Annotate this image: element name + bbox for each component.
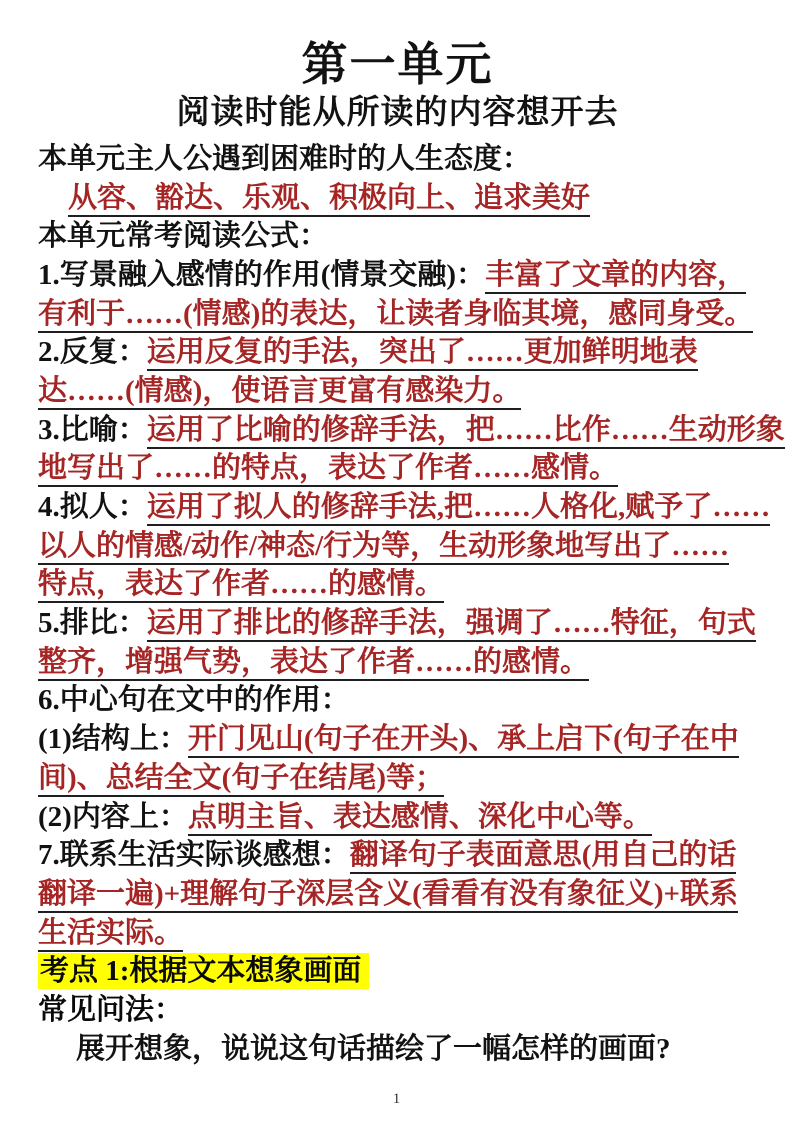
text-line: 7.联系生活实际谈感想：翻译句子表面意思(用自己的话 bbox=[38, 836, 757, 875]
formula-label: 4.拟人： bbox=[38, 491, 147, 523]
answer-text: 整齐，增强气势，表达了作者……的感情。 bbox=[38, 646, 589, 681]
answer-text: 丰富了文章的内容， bbox=[485, 259, 746, 294]
text-line: 本单元主人公遇到困难时的人生态度： bbox=[38, 140, 757, 179]
text-line: 以人的情感/动作/神态/行为等，生动形象地写出了…… bbox=[38, 527, 757, 566]
formula-label: 本单元常考阅读公式： bbox=[38, 220, 328, 252]
formula-label: 1.写景融入感情的作用(情景交融)： bbox=[38, 259, 485, 291]
content-lines: 本单元主人公遇到困难时的人生态度：从容、豁达、乐观、积极向上、追求美好本单元常考… bbox=[38, 140, 757, 1069]
answer-text: 运用了比喻的修辞手法，把……比作……生动形象 bbox=[147, 414, 785, 449]
formula-label: (1)结构上： bbox=[38, 723, 188, 755]
text-line: 3.比喻：运用了比喻的修辞手法，把……比作……生动形象 bbox=[38, 411, 757, 450]
text-line: (2)内容上：点明主旨、表达感情、深化中心等。 bbox=[38, 798, 757, 837]
text-line: 生活实际。 bbox=[38, 914, 757, 953]
answer-text: 以人的情感/动作/神态/行为等，生动形象地写出了…… bbox=[38, 530, 729, 565]
document-body: 第一单元 阅读时能从所读的内容想开去 本单元主人公遇到困难时的人生态度：从容、豁… bbox=[38, 40, 757, 1068]
text-line: 间)、总结全文(句子在结尾)等； bbox=[38, 759, 757, 798]
text-line: 1.写景融入感情的作用(情景交融)：丰富了文章的内容， bbox=[38, 256, 757, 295]
answer-text: 点明主旨、表达感情、深化中心等。 bbox=[188, 801, 652, 836]
text-line: (1)结构上：开门见山(句子在开头)、承上启下(句子在中 bbox=[38, 720, 757, 759]
formula-label: 7.联系生活实际谈感想： bbox=[38, 839, 350, 871]
answer-text: 开门见山(句子在开头)、承上启下(句子在中 bbox=[188, 723, 739, 758]
text-line: 从容、豁达、乐观、积极向上、追求美好 bbox=[38, 179, 757, 218]
document-page: { "header": { "title": "第一单元", "subtitle… bbox=[0, 0, 793, 1122]
text-line: 考点 1:根据文本想象画面 bbox=[38, 952, 757, 991]
answer-text: 特点，表达了作者……的感情。 bbox=[38, 568, 444, 603]
answer-text: 间)、总结全文(句子在结尾)等； bbox=[38, 762, 444, 797]
text-line: 达……(情感)，使语言更富有感染力。 bbox=[38, 372, 757, 411]
formula-label: (2)内容上： bbox=[38, 801, 188, 833]
text-line: 有利于……(情感)的表达，让读者身临其境，感同身受。 bbox=[38, 295, 757, 334]
text-line: 2.反复：运用反复的手法，突出了……更加鲜明地表 bbox=[38, 333, 757, 372]
formula-label: 展开想象，说说这句话描绘了一幅怎样的画面? bbox=[76, 1033, 671, 1065]
text-line: 翻译一遍)+理解句子深层含义(看看有没有象征义)+联系 bbox=[38, 875, 757, 914]
answer-text: 有利于……(情感)的表达，让读者身临其境，感同身受。 bbox=[38, 298, 753, 333]
page-number: 1 bbox=[0, 1091, 793, 1108]
text-line: 6.中心句在文中的作用： bbox=[38, 681, 757, 720]
formula-label: 3.比喻： bbox=[38, 414, 147, 446]
answer-text: 翻译一遍)+理解句子深层含义(看看有没有象征义)+联系 bbox=[38, 878, 738, 913]
answer-text: 地写出了……的特点，表达了作者……感情。 bbox=[38, 452, 618, 487]
text-line: 5.排比：运用了排比的修辞手法，强调了……特征，句式 bbox=[38, 604, 757, 643]
answer-text: 运用了拟人的修辞手法,把……人格化,赋予了…… bbox=[147, 491, 771, 526]
text-line: 展开想象，说说这句话描绘了一幅怎样的画面? bbox=[38, 1030, 757, 1069]
exam-point-highlight: 考点 1:根据文本想象画面 bbox=[38, 953, 369, 989]
answer-text: 运用反复的手法，突出了……更加鲜明地表 bbox=[147, 336, 698, 371]
page-subtitle: 阅读时能从所读的内容想开去 bbox=[38, 93, 757, 134]
text-line: 4.拟人：运用了拟人的修辞手法,把……人格化,赋予了…… bbox=[38, 488, 757, 527]
formula-label: 6.中心句在文中的作用： bbox=[38, 684, 350, 716]
text-line: 整齐，增强气势，表达了作者……的感情。 bbox=[38, 643, 757, 682]
text-line: 常见问法： bbox=[38, 991, 757, 1030]
formula-label: 2.反复： bbox=[38, 336, 147, 368]
text-line: 地写出了……的特点，表达了作者……感情。 bbox=[38, 449, 757, 488]
formula-label: 5.排比： bbox=[38, 607, 147, 639]
answer-text: 达……(情感)，使语言更富有感染力。 bbox=[38, 375, 521, 410]
text-line: 本单元常考阅读公式： bbox=[38, 217, 757, 256]
answer-text: 翻译句子表面意思(用自己的话 bbox=[350, 839, 737, 874]
formula-label: 本单元主人公遇到困难时的人生态度： bbox=[38, 143, 531, 175]
answer-text: 运用了排比的修辞手法，强调了……特征，句式 bbox=[147, 607, 756, 642]
heading-text: 常见问法： bbox=[38, 994, 183, 1026]
text-line: 特点，表达了作者……的感情。 bbox=[38, 565, 757, 604]
answer-text: 从容、豁达、乐观、积极向上、追求美好 bbox=[68, 182, 590, 217]
page-title: 第一单元 bbox=[38, 40, 757, 91]
answer-text: 生活实际。 bbox=[38, 917, 183, 952]
